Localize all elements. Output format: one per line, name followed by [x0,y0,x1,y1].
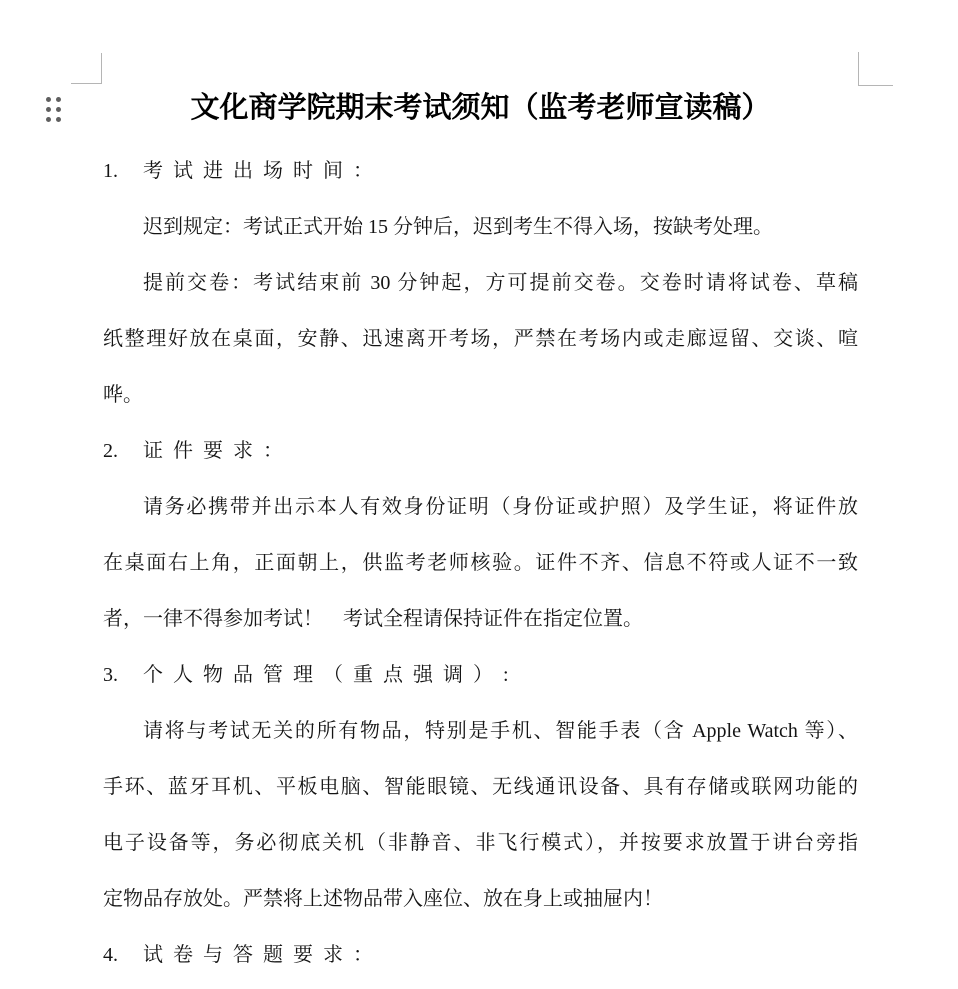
document-body: 1.考试进出场时间： 迟到规定：考试正式开始 15 分钟后，迟到考生不得入场，按… [103,143,858,983]
list-item-2: 2.证件要求： [103,423,858,479]
list-number: 3. [103,647,143,703]
handle-dot [56,107,61,112]
paragraph-line: 在桌面右上角，正面朝上，供监考老师核验。证件不齐、信息不符或人证不一致 [103,535,858,591]
paragraph-line: 请务必携带并出示本人有效身份证明（身份证或护照）及学生证，将证件放 [103,479,858,535]
paragraph-line: 提前交卷：考试结束前 30 分钟起，方可提前交卷。交卷时请将试卷、草稿 [103,255,858,311]
page-corner-mark-top-right [858,52,893,86]
paragraph-line: 迟到规定：考试正式开始 15 分钟后，迟到考生不得入场，按缺考处理。 [103,199,858,255]
handle-dot [46,117,51,122]
handle-dot [46,107,51,112]
list-item-label: 考试进出场时间： [143,160,383,182]
paragraph-line: 哗。 [103,367,858,423]
list-number: 1. [103,143,143,199]
drag-handle-icon[interactable] [46,97,61,122]
paragraph-line: 手环、蓝牙耳机、平板电脑、智能眼镜、无线通讯设备、具有存储或联网功能的 [103,759,858,815]
paragraph-line: 定物品存放处。严禁将上述物品带入座位、放在身上或抽屉内！ [103,871,858,927]
list-item-label: 试卷与答题要求： [143,944,383,966]
list-item-label: 个人物品管理（重点强调）: [143,664,519,686]
paragraph-line: 请将与考试无关的所有物品，特别是手机、智能手表（含 Apple Watch 等）… [103,703,858,759]
handle-dot [46,97,51,102]
handle-dot [56,97,61,102]
list-item-label: 证件要求： [143,440,293,462]
list-item-3: 3.个人物品管理（重点强调）: [103,647,858,703]
paragraph-line: 纸整理好放在桌面，安静、迅速离开考场，严禁在考场内或走廊逗留、交谈、喧 [103,311,858,367]
list-item-4: 4.试卷与答题要求： [103,927,858,983]
document-page: { "doc": { "title": "文化商学院期末考试须知（监考老师宣读稿… [0,0,958,989]
list-item-1: 1.考试进出场时间： [103,143,858,199]
list-number: 2. [103,423,143,479]
paragraph-line: 电子设备等，务必彻底关机（非静音、非飞行模式），并按要求放置于讲台旁指 [103,815,858,871]
document-title: 文化商学院期末考试须知（监考老师宣读稿） [103,88,858,128]
page-corner-mark-top-left [71,53,102,84]
paragraph-line: 者，一律不得参加考试！ 考试全程请保持证件在指定位置。 [103,591,858,647]
handle-dot [56,117,61,122]
list-number: 4. [103,927,143,983]
